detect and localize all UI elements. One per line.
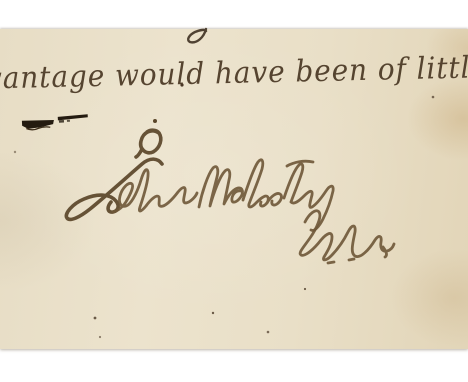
signature-dash-marks — [328, 259, 354, 263]
obliteration-mark — [22, 114, 89, 130]
ink-specks — [14, 83, 435, 338]
cut-off-pen-stroke — [188, 29, 206, 42]
signature-ink-dot — [153, 119, 157, 123]
manuscript-overlay: vantage would have been of little John M… — [0, 0, 468, 382]
signature-malcolm — [199, 160, 333, 231]
signature-paraph — [300, 211, 394, 260]
handwriting-line: vantage would have been of little — [0, 50, 468, 96]
scanned-document: vantage would have been of little John M… — [0, 0, 468, 382]
signature-top-curl — [136, 130, 161, 157]
signature: John Malcolm — [66, 119, 394, 263]
